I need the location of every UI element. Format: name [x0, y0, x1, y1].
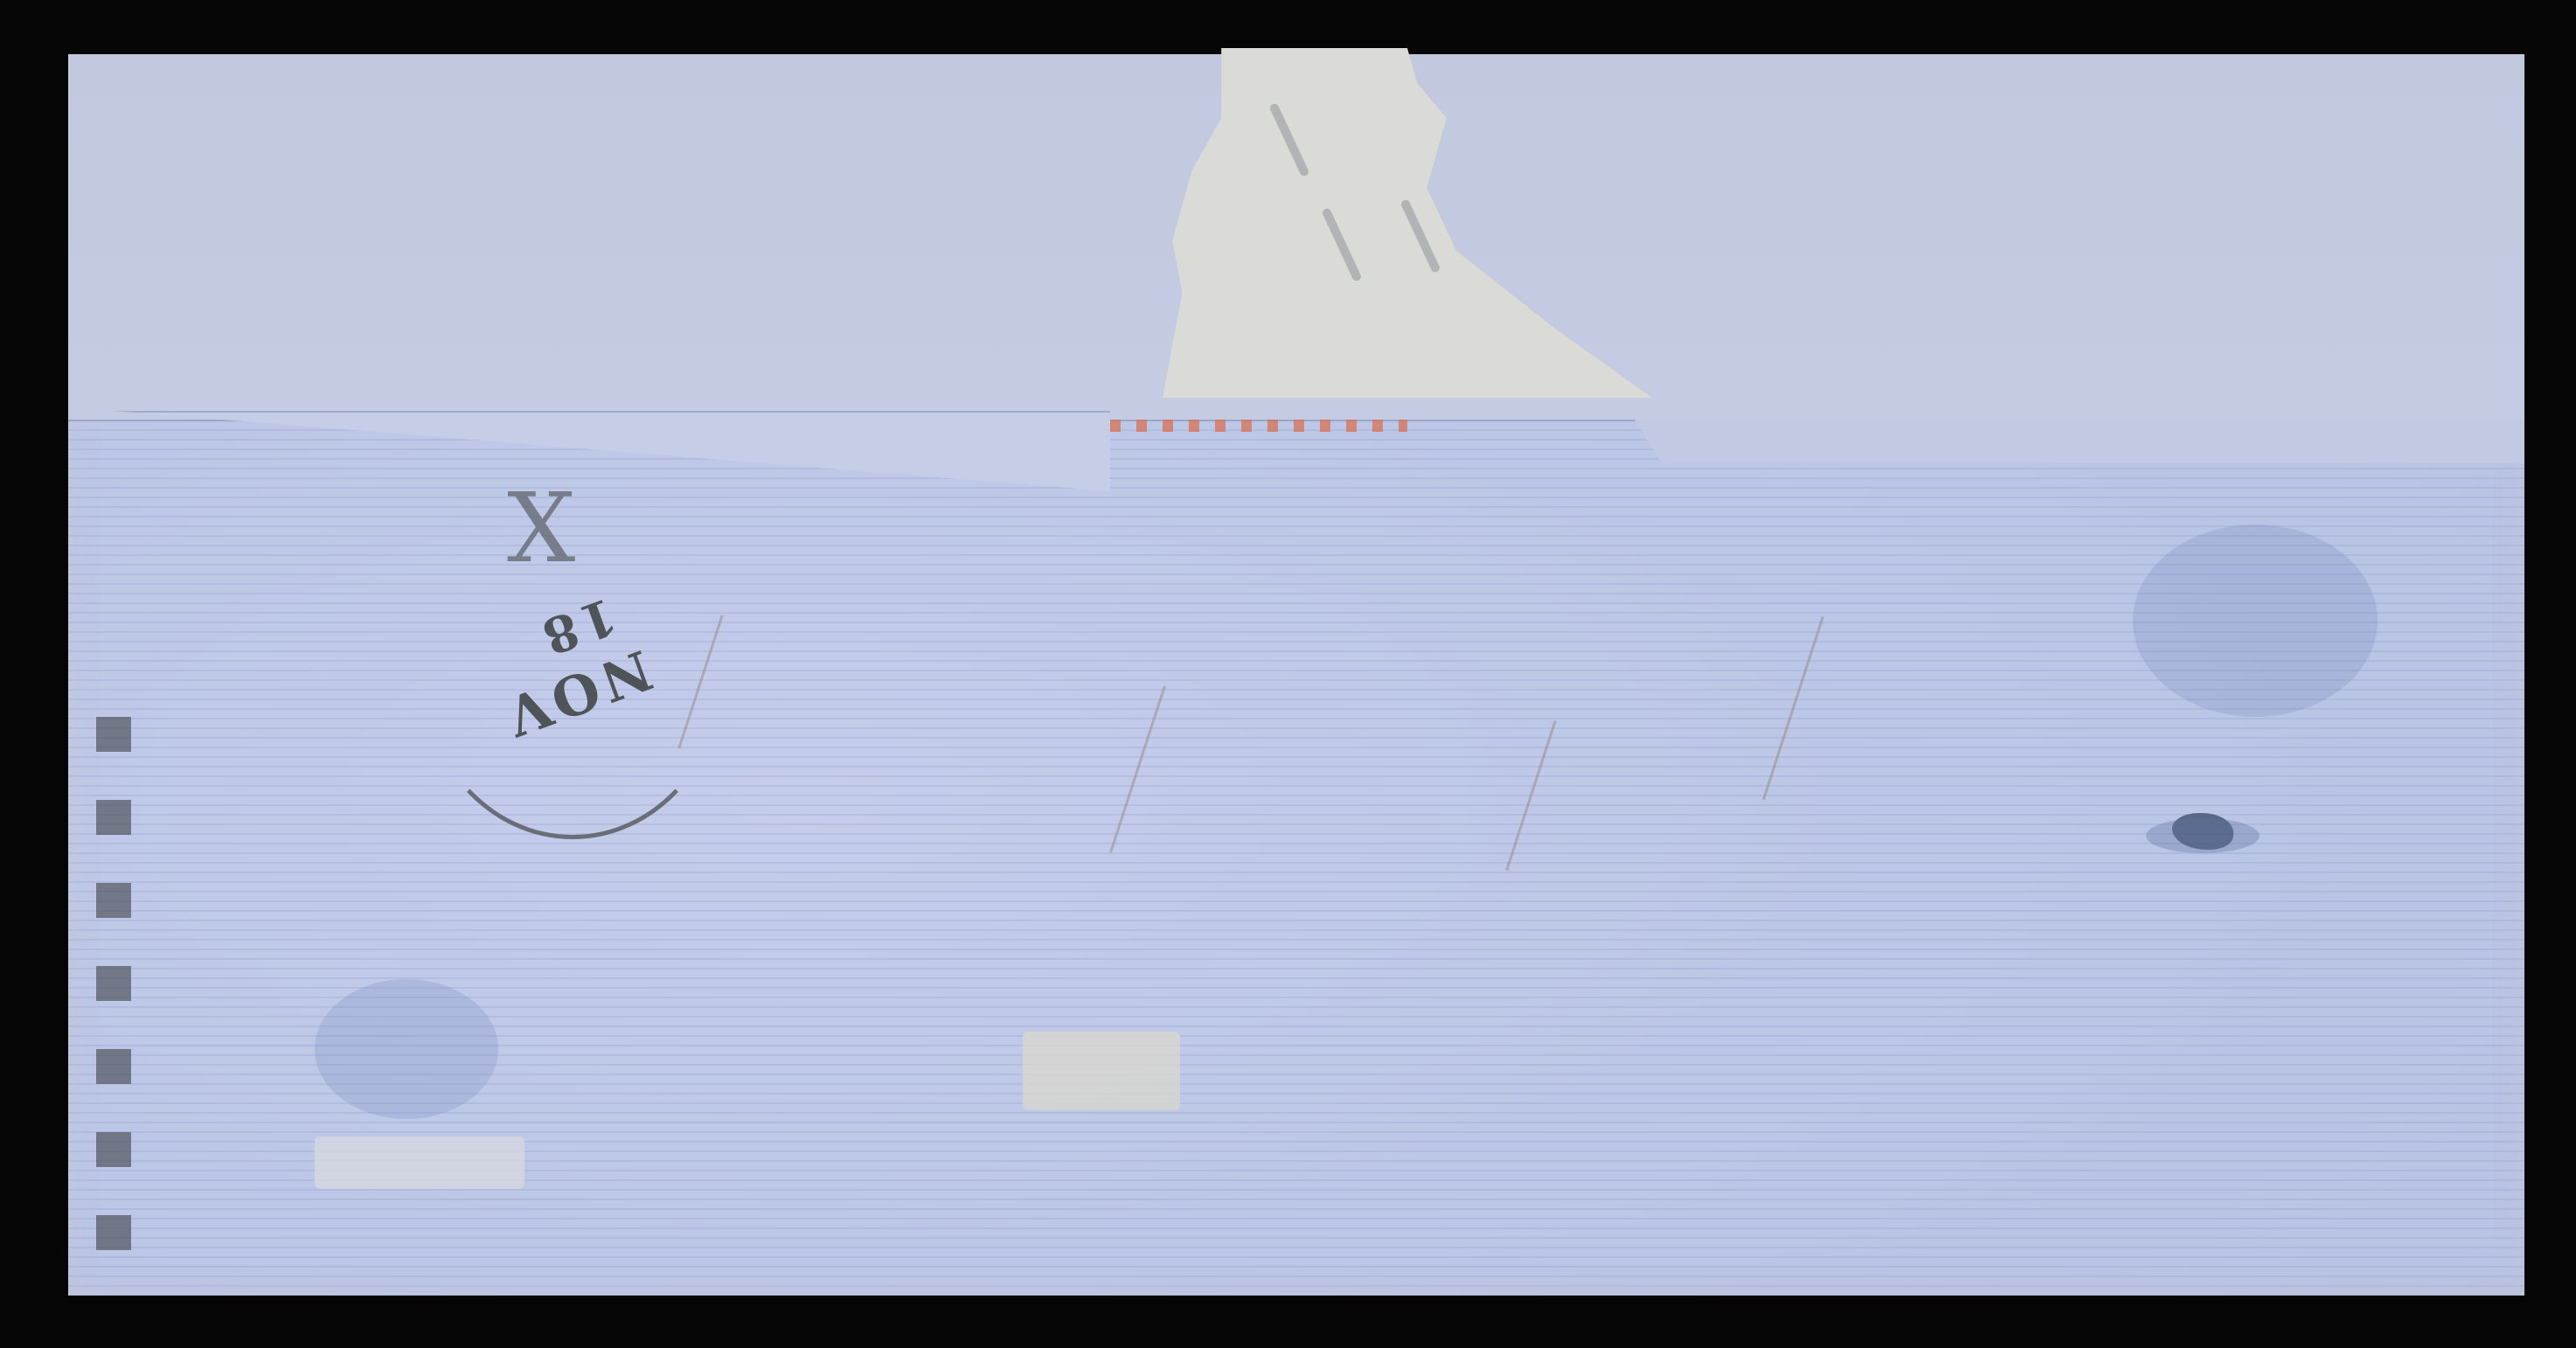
seal-stroke — [1321, 207, 1362, 282]
stain — [315, 979, 498, 1119]
seal-stroke — [1268, 102, 1309, 177]
hinge-remnant — [315, 1136, 524, 1189]
seal-stroke — [1399, 198, 1441, 274]
hinge-remnant — [1023, 1032, 1180, 1110]
postmark: NOV 18 — [411, 490, 743, 857]
ink-blot — [2172, 813, 2233, 850]
partial-strike-edge-marks — [96, 717, 131, 1294]
right-fold-flap — [1635, 420, 2524, 463]
wax-seal-trace — [1110, 420, 1407, 432]
stain — [2133, 525, 2378, 717]
